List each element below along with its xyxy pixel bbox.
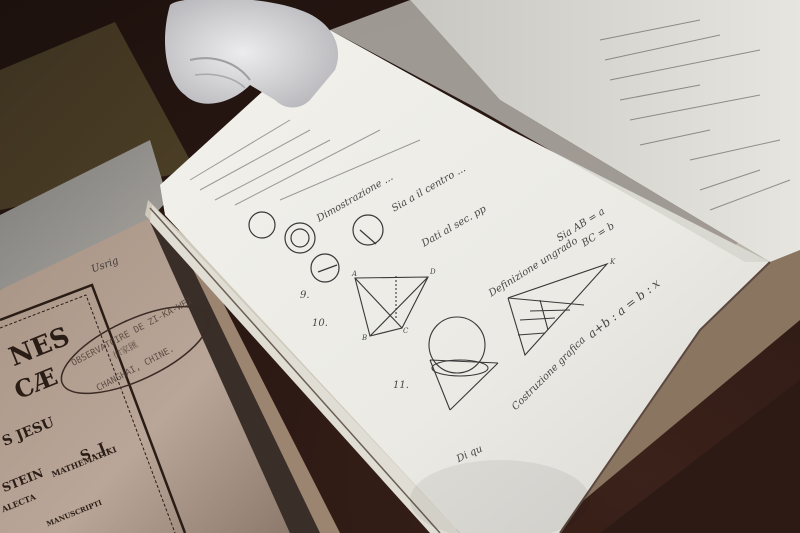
label-a: A: [352, 270, 357, 278]
figure-number-9: 9.: [300, 290, 310, 301]
background-objects: [0, 0, 800, 533]
label-k: K: [610, 258, 615, 266]
figure-number-10: 10.: [312, 318, 328, 329]
white-glove: [165, 0, 338, 107]
label-c: C: [403, 327, 408, 335]
label-b: B: [362, 334, 367, 342]
photo-scene: NES CÆ S JESU S. J. STEIN MATHEMATIKI AL…: [0, 0, 800, 533]
figure-number-11: 11.: [393, 380, 409, 391]
label-d: D: [430, 268, 436, 276]
